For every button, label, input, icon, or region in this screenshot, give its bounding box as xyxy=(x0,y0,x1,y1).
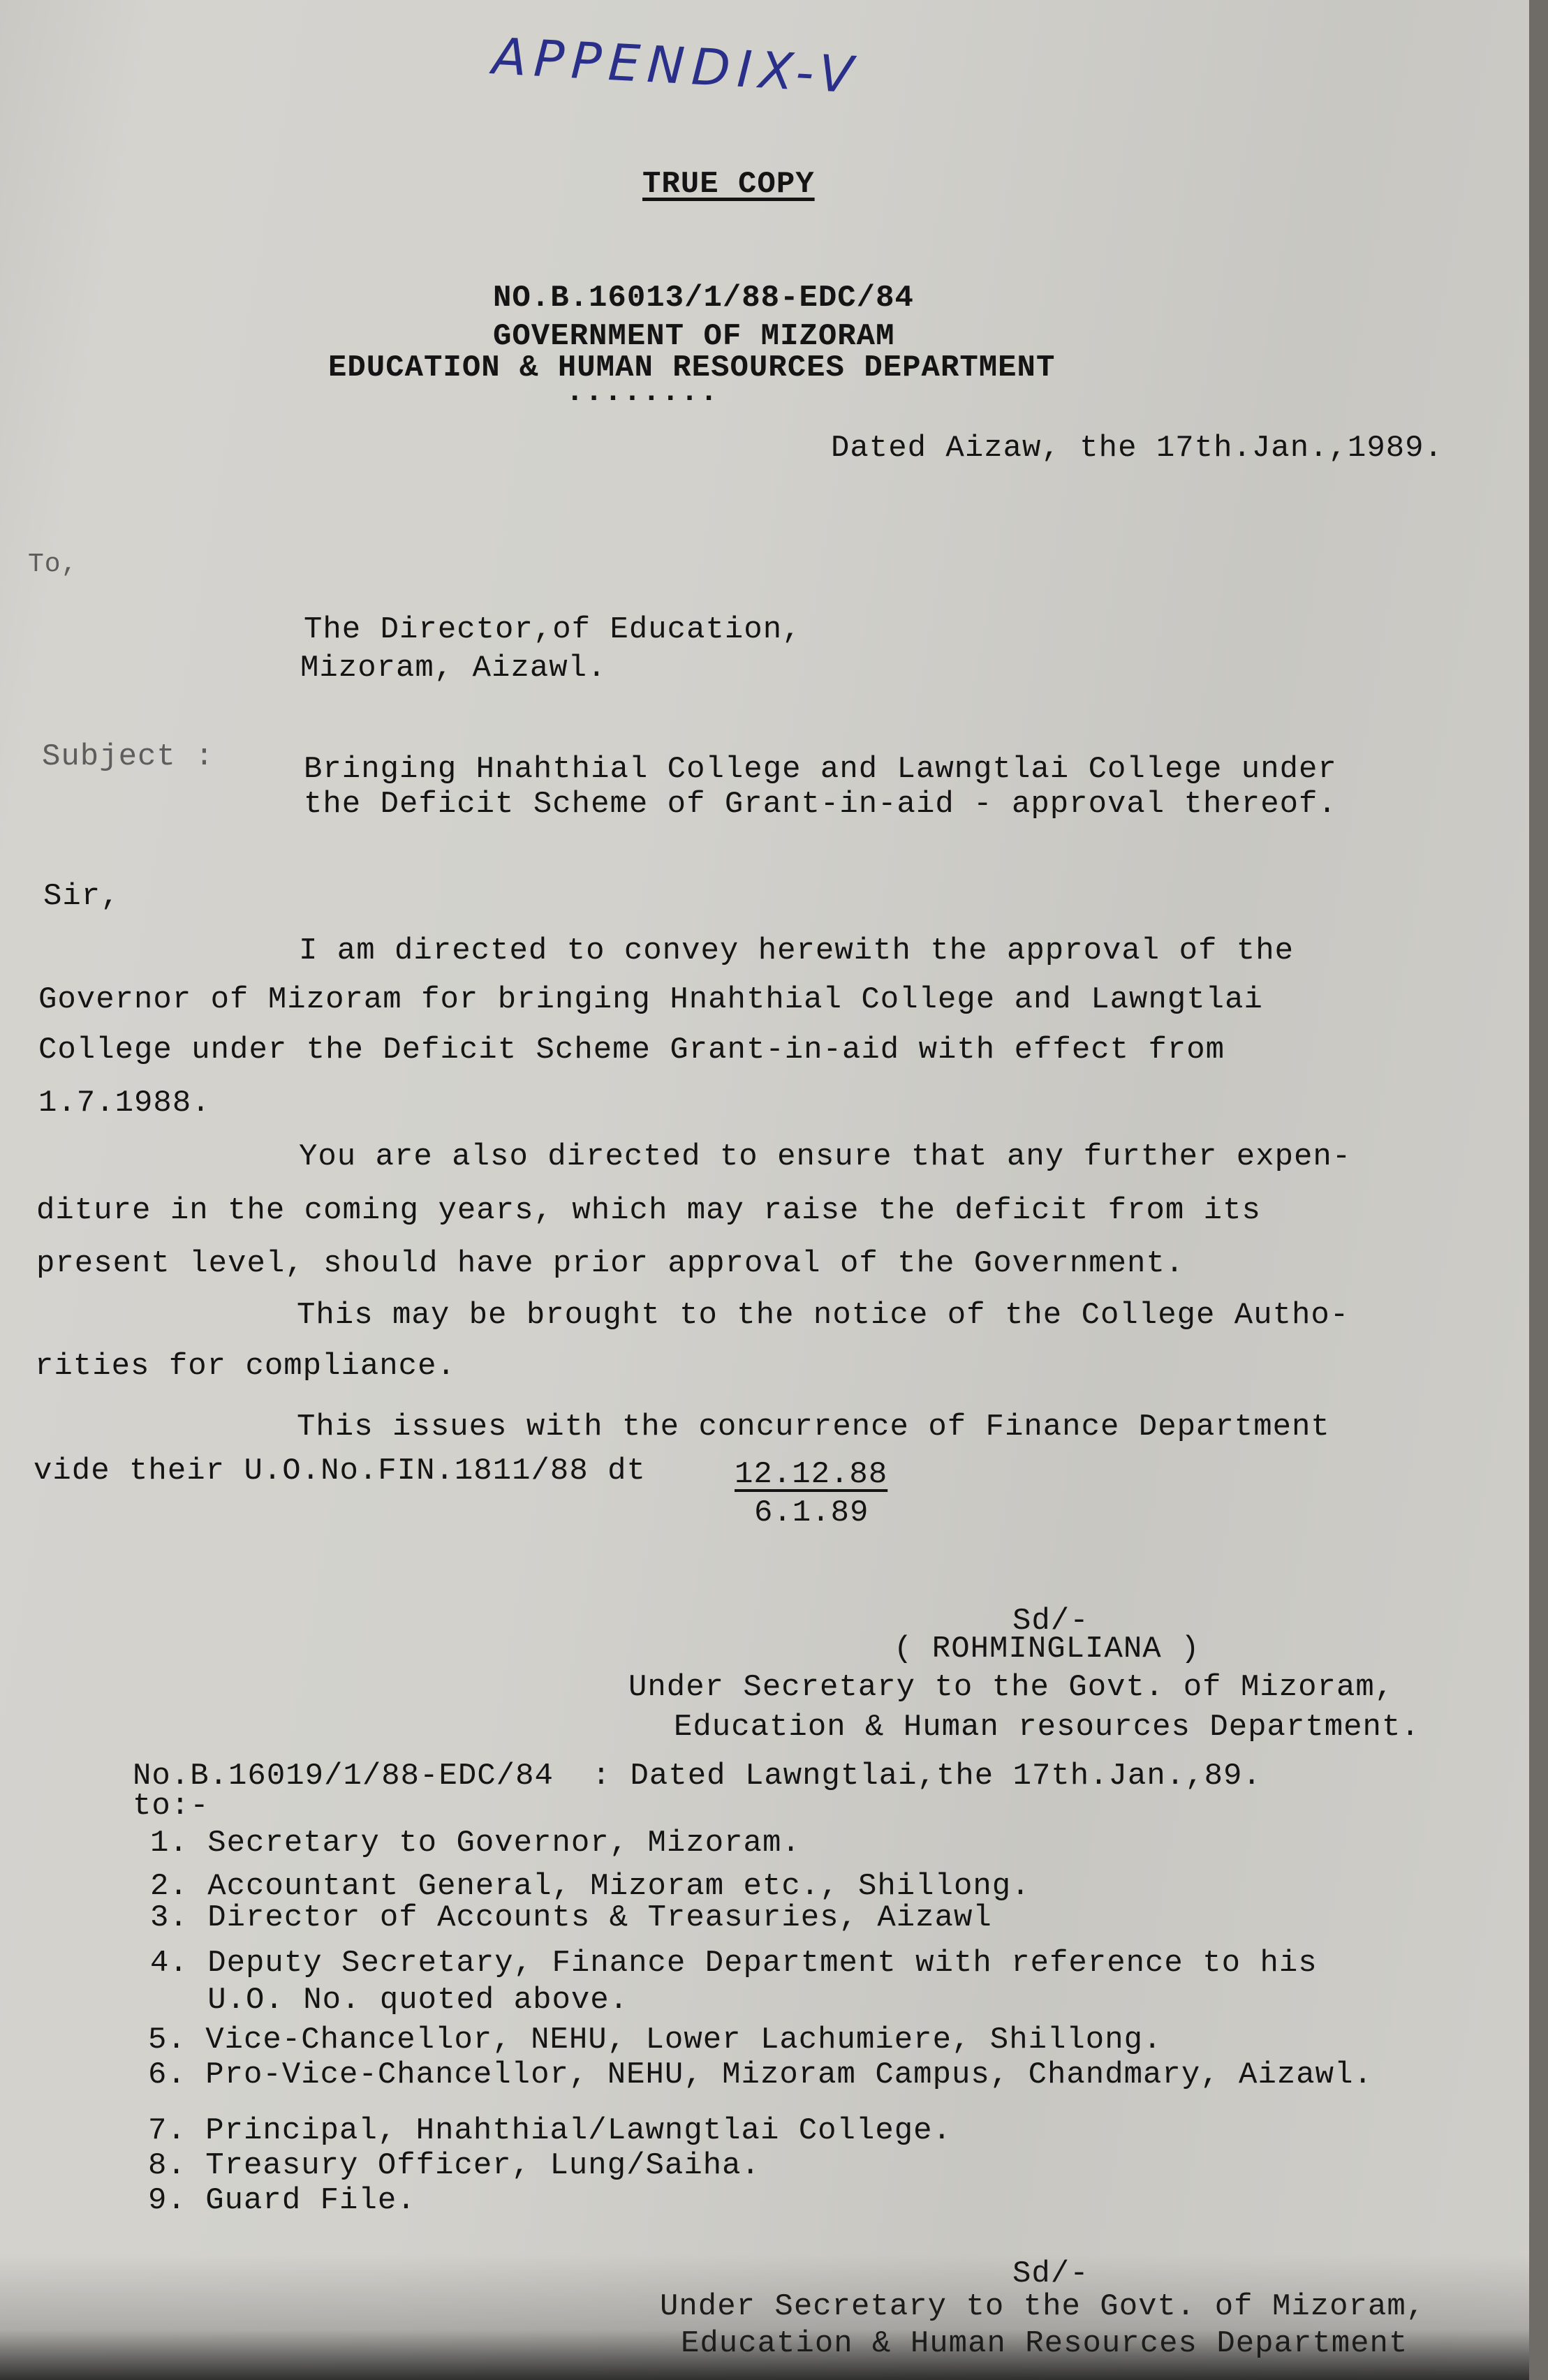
endorsement-to-label: to:- xyxy=(133,1791,209,1821)
document-title: TRUE COPY xyxy=(642,169,815,200)
addressee-line-2: Mizoram, Aizawl. xyxy=(300,653,606,683)
recipient-1: 1. Secretary to Governor, Mizoram. xyxy=(150,1828,801,1858)
subject-line-1: Bringing Hnahthial College and Lawngtlai… xyxy=(304,754,1337,785)
header-dots: ........ xyxy=(566,377,718,408)
addressee-line-1: The Director,of Education, xyxy=(304,614,802,645)
recipient-4: 4. Deputy Secretary, Finance Department … xyxy=(150,1948,1318,1979)
document-page: APPENDIX-V TRUE COPY NO.B.16013/1/88-EDC… xyxy=(0,0,1529,2380)
handwritten-annotation: APPENDIX-V xyxy=(491,27,862,104)
uo-date-original: 12.12.88 xyxy=(735,1459,887,1490)
page-bottom-shadow xyxy=(0,2254,1529,2380)
recipient-7: 7. Principal, Hnahthial/Lawngtlai Colleg… xyxy=(148,2115,952,2146)
recipient-2: 2. Accountant General, Mizoram etc., Shi… xyxy=(150,1871,1031,1902)
recipient-8: 8. Treasury Officer, Lung/Saiha. xyxy=(148,2150,760,2181)
salutation: Sir, xyxy=(43,881,120,912)
para2-line-3: present level, should have prior approva… xyxy=(36,1248,1184,1279)
signatory-name: ( ROHMINGLIANA ) xyxy=(894,1634,1200,1664)
para1-line-4: 1.7.1988. xyxy=(38,1088,211,1118)
recipient-5: 5. Vice-Chancellor, NEHU, Lower Lachumie… xyxy=(148,2025,1162,2055)
para4-line-1: This issues with the concurrence of Fina… xyxy=(297,1412,1330,1442)
to-label: To, xyxy=(28,552,78,578)
para3-line-2: rities for compliance. xyxy=(35,1351,456,1382)
uo-date-corrected: 6.1.89 xyxy=(754,1498,869,1528)
recipient-9: 9. Guard File. xyxy=(148,2185,416,2216)
para1-line-3: College under the Deficit Scheme Grant-i… xyxy=(38,1035,1225,1065)
signature1-designation-2: Education & Human resources Department. xyxy=(674,1712,1420,1743)
recipient-4-cont: U.O. No. quoted above. xyxy=(150,1985,628,2016)
government-name: GOVERNMENT OF MIZORAM xyxy=(493,321,895,352)
recipient-6: 6. Pro-Vice-Chancellor, NEHU, Mizoram Ca… xyxy=(148,2060,1373,2090)
para2-line-2: diture in the coming years, which may ra… xyxy=(36,1195,1261,1226)
para1-line-2: Governor of Mizoram for bringing Hnahthi… xyxy=(38,984,1263,1015)
para3-line-1: This may be brought to the notice of the… xyxy=(297,1300,1349,1331)
reference-number: NO.B.16013/1/88-EDC/84 xyxy=(493,283,914,313)
subject-label: Subject : xyxy=(42,741,214,772)
endorsement-reference: No.B.16019/1/88-EDC/84 : Dated Lawngtlai… xyxy=(133,1761,1262,1791)
issue-date: Dated Aizaw, the 17th.Jan.,1989. xyxy=(831,433,1443,464)
para1-line-1: I am directed to convey herewith the app… xyxy=(299,936,1294,966)
signature1-designation-1: Under Secretary to the Govt. of Mizoram, xyxy=(628,1672,1394,1703)
subject-line-2: the Deficit Scheme of Grant-in-aid - app… xyxy=(304,789,1337,820)
para4-line-2: vide their U.O.No.FIN.1811/88 dt xyxy=(34,1456,665,1486)
para2-line-1: You are also directed to ensure that any… xyxy=(299,1141,1351,1172)
recipient-3: 3. Director of Accounts & Treasuries, Ai… xyxy=(150,1902,992,1933)
